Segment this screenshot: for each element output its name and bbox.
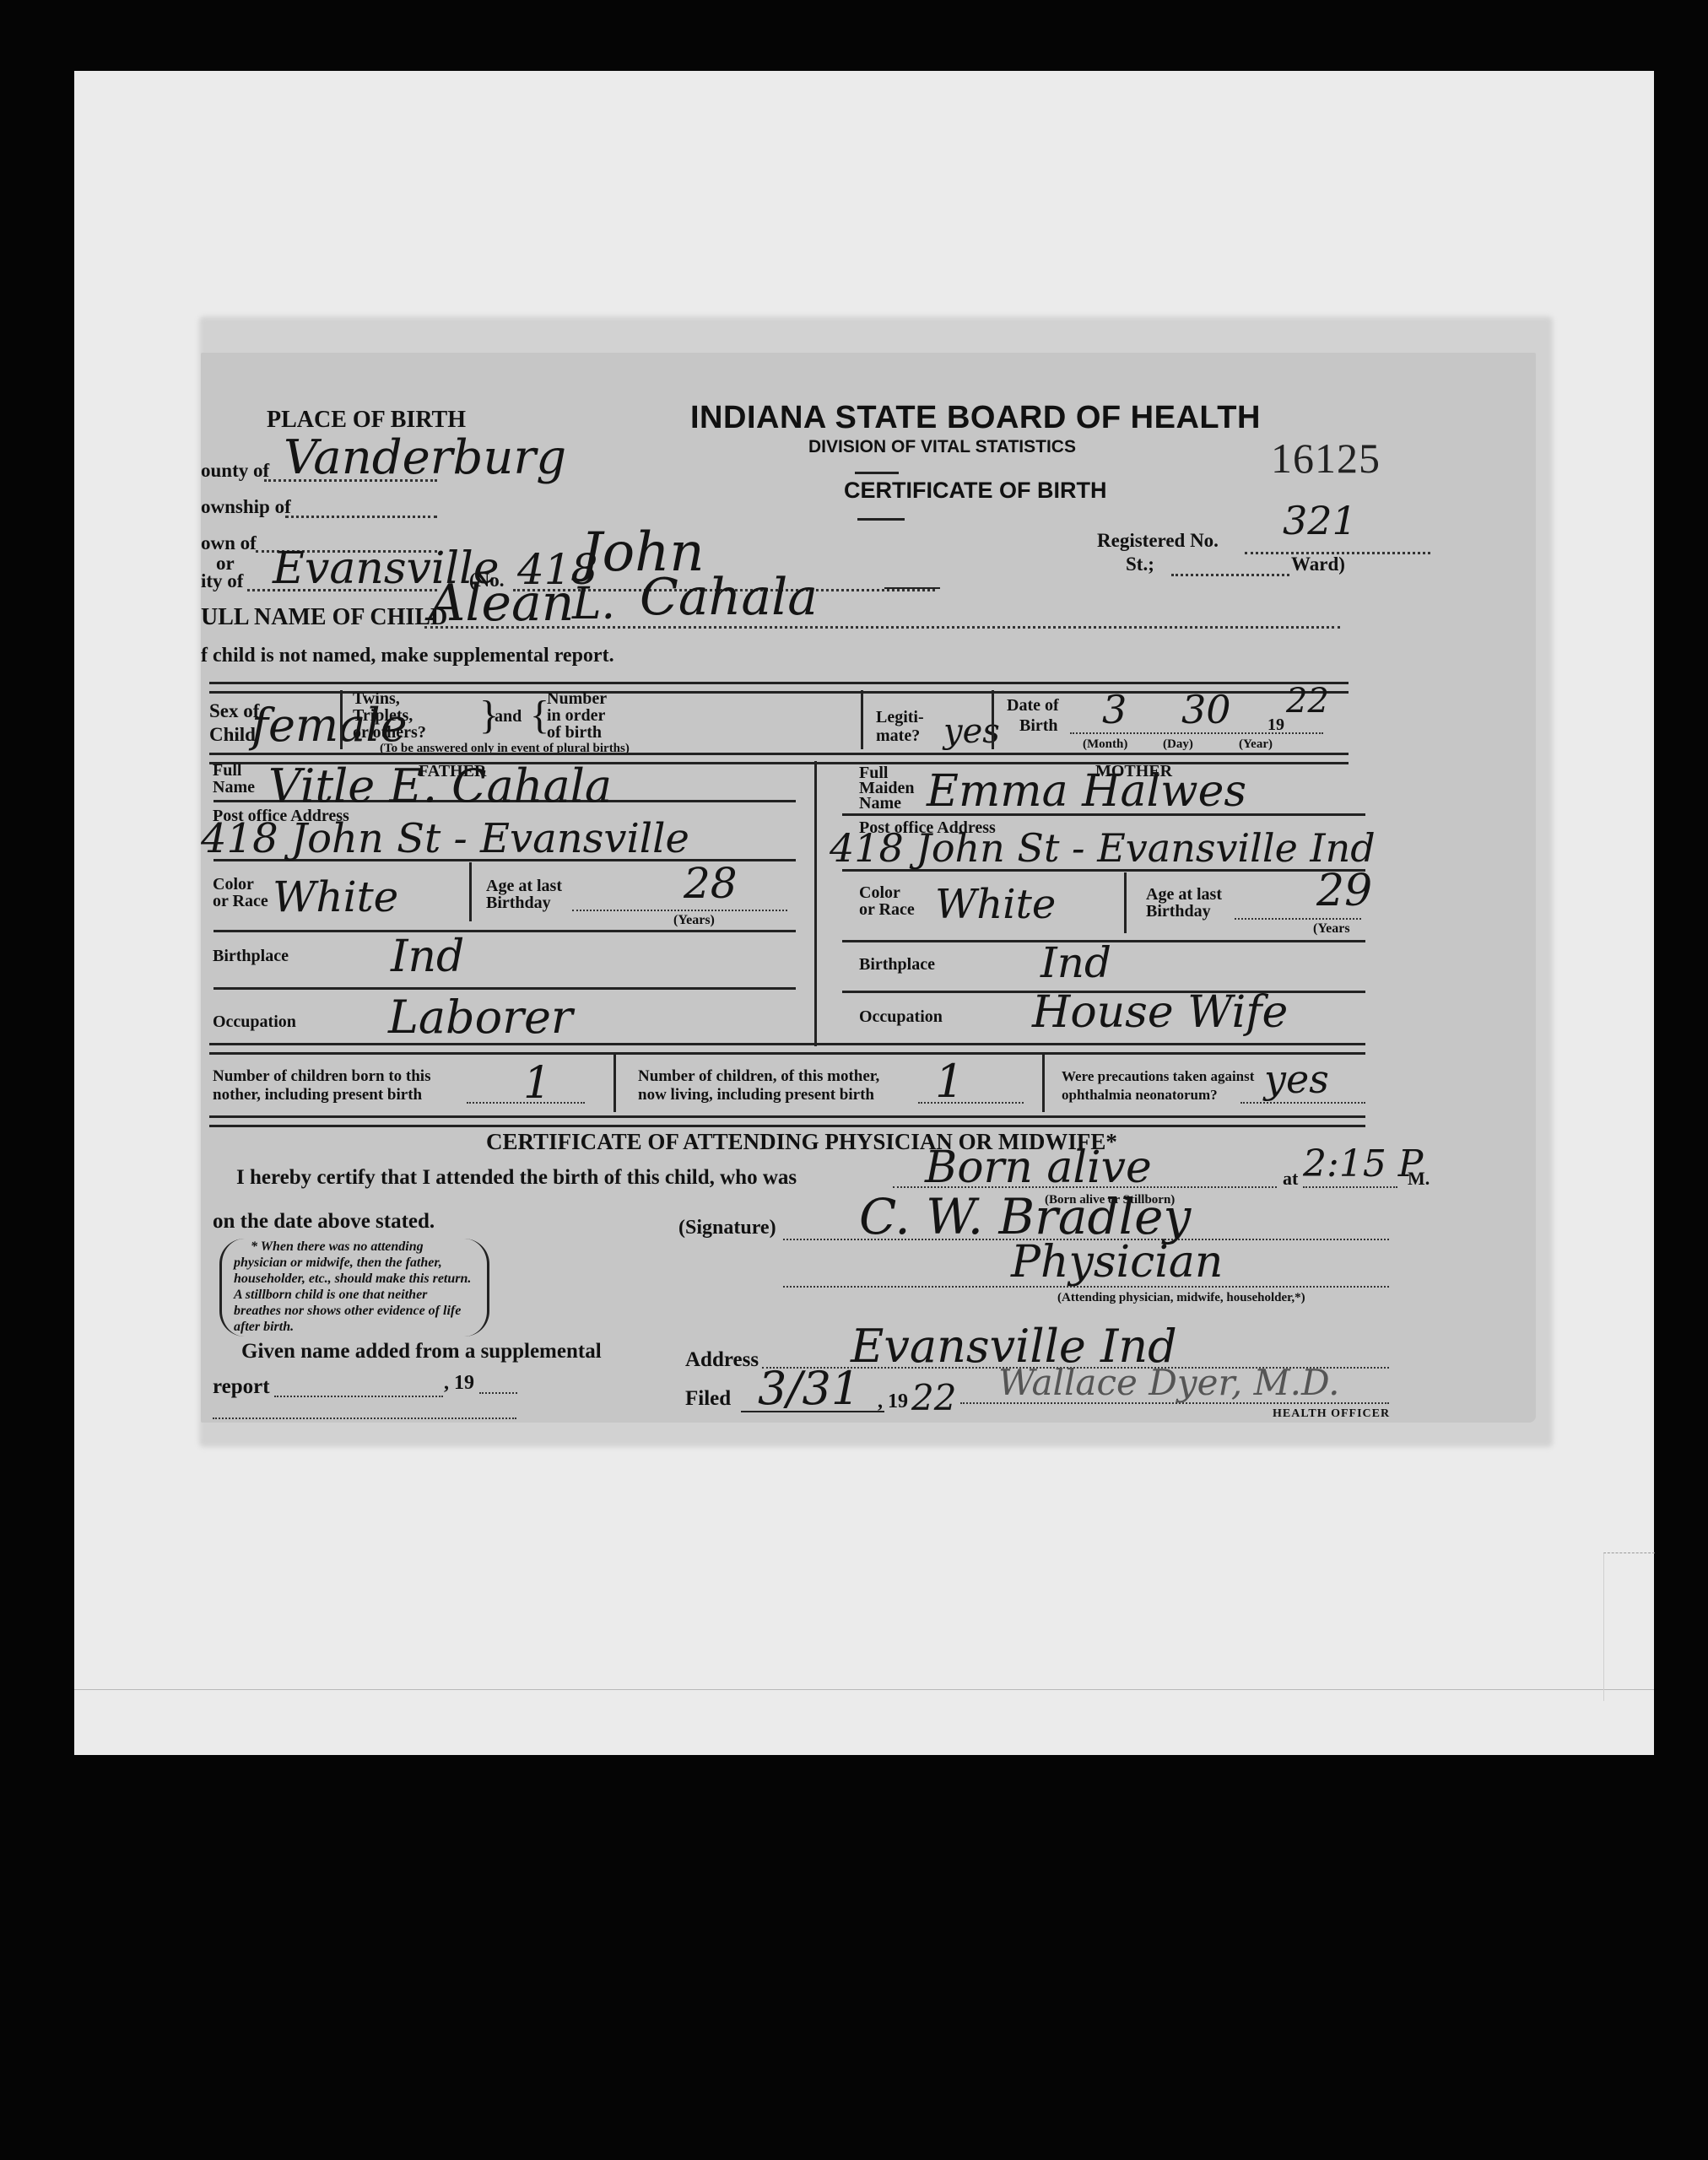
month-caption: (Month) bbox=[1083, 737, 1127, 752]
township-label: ownship of bbox=[201, 496, 291, 518]
born-status-value: Born alive bbox=[925, 1142, 1152, 1193]
street-label: St.; bbox=[1126, 553, 1154, 575]
mother-color-label-2: or Race bbox=[859, 901, 915, 918]
mother-years-caption: (Years bbox=[1313, 921, 1350, 937]
page-fold-line bbox=[74, 1689, 1654, 1690]
father-name-value: Vitle E. Cahala bbox=[268, 759, 612, 813]
attendant-type-hint: (Attending physician, midwife, household… bbox=[1057, 1291, 1305, 1305]
date-above-stated: on the date above stated. bbox=[213, 1210, 435, 1234]
father-color-value: White bbox=[273, 872, 398, 921]
mother-age-label-1: Age at last bbox=[1146, 886, 1222, 903]
father-address-value: 418 John St - Evansville bbox=[201, 815, 689, 862]
father-color-label-2: or Race bbox=[213, 893, 268, 910]
father-birthplace-value: Ind bbox=[391, 931, 464, 982]
child-surname: Cahala bbox=[640, 568, 818, 627]
filed-year-prefix: , 19 bbox=[878, 1390, 908, 1413]
and-label: and bbox=[495, 707, 522, 726]
precautions-value: yes bbox=[1264, 1056, 1329, 1102]
children-born-label-1: Number of children born to this bbox=[213, 1068, 430, 1085]
town-label: own of bbox=[201, 532, 257, 554]
father-years-caption: (Years) bbox=[673, 913, 715, 928]
father-occupation-label: Occupation bbox=[213, 1012, 296, 1032]
report-label: report bbox=[213, 1375, 270, 1399]
twins-label-3: or others? bbox=[353, 724, 426, 741]
mother-age-label-2: Birthday bbox=[1146, 903, 1211, 920]
mother-occupation-label: Occupation bbox=[859, 1007, 943, 1027]
year-caption: (Year) bbox=[1239, 737, 1273, 752]
dob-year: 22 bbox=[1286, 682, 1329, 721]
mother-name-value: Emma Halwes bbox=[927, 766, 1246, 817]
title-divider bbox=[855, 472, 899, 474]
given-name-note: Given name added from a supplemental bbox=[241, 1340, 602, 1363]
full-name-label: ULL NAME OF CHILD bbox=[201, 604, 447, 631]
sex-label-2: Child bbox=[209, 724, 256, 746]
dob-day: 30 bbox=[1181, 687, 1231, 732]
father-age-label-1: Age at last bbox=[486, 877, 562, 894]
order-label-1: Number bbox=[547, 690, 607, 707]
mother-birthplace-value: Ind bbox=[1040, 938, 1111, 987]
physician-title: Physician bbox=[1011, 1237, 1223, 1288]
father-color-label-1: Color bbox=[213, 876, 254, 893]
mother-color-label-1: Color bbox=[859, 884, 900, 901]
stillborn-footnote: * When there was no attending physician … bbox=[234, 1239, 475, 1335]
legitimate-label-2: mate? bbox=[876, 727, 920, 744]
health-officer-signature: Wallace Dyer, M.D. bbox=[998, 1362, 1340, 1403]
filed-label: Filed bbox=[685, 1387, 731, 1411]
birth-time-value: 2:15 P bbox=[1303, 1142, 1423, 1185]
children-born-value: 1 bbox=[523, 1058, 551, 1109]
mother-age-value: 29 bbox=[1316, 866, 1372, 916]
dob-label-1: Date of bbox=[1007, 697, 1059, 714]
day-caption: (Day) bbox=[1163, 737, 1193, 752]
mother-birthplace-label: Birthplace bbox=[859, 955, 935, 975]
children-living-label-2: now living, including present birth bbox=[638, 1087, 874, 1104]
report-year-prefix: , 19 bbox=[444, 1372, 474, 1395]
filed-date-value: 3/31 bbox=[758, 1362, 860, 1415]
address-label: Address bbox=[685, 1348, 759, 1372]
father-name-label-2: Name bbox=[213, 779, 255, 796]
children-born-label-2: nother, including present birth bbox=[213, 1087, 422, 1104]
children-living-value: 1 bbox=[935, 1055, 964, 1108]
precautions-label-1: Were precautions taken against bbox=[1062, 1068, 1254, 1085]
parents-divider bbox=[814, 761, 817, 1046]
dob-label-2: Birth bbox=[1019, 717, 1058, 734]
title-divider bbox=[857, 518, 905, 521]
city-label: ity of bbox=[201, 570, 243, 592]
mother-name-label-3: Name bbox=[859, 795, 901, 812]
father-birthplace-label: Birthplace bbox=[213, 947, 289, 966]
birth-certificate: PLACE OF BIRTH INDIANA STATE BOARD OF HE… bbox=[201, 353, 1536, 1423]
page-flap-edge bbox=[1603, 1552, 1655, 1701]
signature-label: (Signature) bbox=[678, 1217, 776, 1239]
father-occupation-value: Laborer bbox=[388, 991, 573, 1044]
document-title: CERTIFICATE OF BIRTH bbox=[844, 478, 1106, 504]
dob-year-prefix: 19 bbox=[1267, 715, 1284, 735]
mother-occupation-value: House Wife bbox=[1032, 987, 1288, 1038]
county-label: ounty of bbox=[201, 460, 269, 482]
agency-title: INDIANA STATE BOARD OF HEALTH bbox=[690, 400, 1261, 436]
child-given-name: Alean bbox=[429, 574, 574, 633]
order-label-2: in order bbox=[547, 707, 605, 724]
at-label: at bbox=[1283, 1168, 1298, 1190]
certify-statement: I hereby certify that I attended the bir… bbox=[236, 1166, 797, 1190]
children-living-label-1: Number of children, of this mother, bbox=[638, 1068, 879, 1085]
dob-month: 3 bbox=[1102, 687, 1127, 732]
certificate-number: 16125 bbox=[1271, 434, 1381, 483]
ward-label: Ward) bbox=[1291, 553, 1345, 575]
mother-color-value: White bbox=[935, 881, 1056, 928]
county-value: Vanderburg bbox=[284, 430, 566, 485]
order-label-3: of birth bbox=[547, 724, 602, 741]
father-name-label-1: Full bbox=[213, 762, 241, 779]
health-officer-caption-right: HEALTH OFFICER bbox=[1273, 1407, 1390, 1421]
legitimate-label-1: Legiti- bbox=[876, 709, 924, 726]
filed-year-value: 22 bbox=[911, 1377, 956, 1418]
mother-address-value: 418 John St - Evansville Ind bbox=[830, 825, 1376, 871]
registered-no-label: Registered No. bbox=[1097, 530, 1219, 552]
meridiem-label: M. bbox=[1408, 1168, 1430, 1190]
father-age-label-2: Birthday bbox=[486, 894, 551, 911]
twins-label-2: Triplets, bbox=[353, 707, 413, 724]
child-middle-initial: L. bbox=[572, 579, 615, 629]
father-age-value: 28 bbox=[684, 859, 738, 908]
division-title: DIVISION OF VITAL STATISTICS bbox=[808, 437, 1076, 457]
twins-label-1: Twins, bbox=[353, 690, 400, 707]
registered-no-value: 321 bbox=[1283, 498, 1357, 543]
footnote-box: * When there was no attending physician … bbox=[219, 1239, 489, 1336]
precautions-label-2: ophthalmia neonatorum? bbox=[1062, 1087, 1218, 1104]
supplemental-report-note: f child is not named, make supplemental … bbox=[201, 645, 614, 667]
